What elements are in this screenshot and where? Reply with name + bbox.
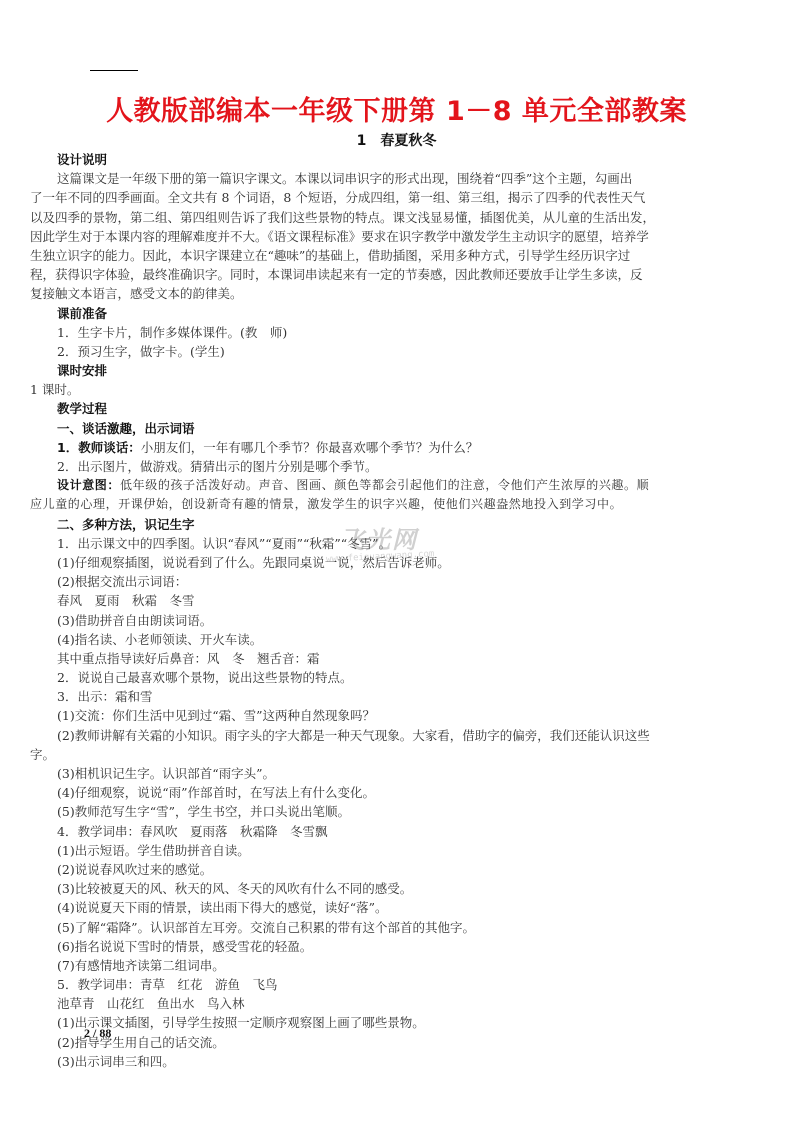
page-number: 2 / 88 (84, 1026, 111, 1041)
process-part2-line: (2)根据交流出示词语： (30, 572, 770, 591)
process-part2-line: (2)说说春风吹过来的感觉。 (30, 860, 770, 879)
process-part2-line: (4)仔细观察，说说“雨”作部首时，在写法上有什么变化。 (30, 783, 770, 802)
process-part2-line: (1)出示课文插图，引导学生按照一定顺序观察图上画了哪些景物。 (30, 1013, 770, 1032)
section-heading-design-note: 设计说明 (30, 150, 770, 169)
design-intent-label: 设计意图： (57, 478, 120, 492)
item1-text: 小朋友们，一年有哪几个季节？你最喜欢哪个季节？为什么？ (141, 440, 479, 455)
preparation-item: 1．生字卡片，制作多媒体课件。(教 师) (30, 323, 770, 342)
process-part2-line: (3)借助拼音自由朗读词语。 (30, 611, 770, 630)
process-part2-line: (2)教师讲解有关霜的小知识。雨字头的字大都是一种天气现象。大家看，借助字的偏旁… (30, 726, 770, 745)
design-note-line: 程，获得识字体验，最终准确识字。同时，本课词串读起来有一定的节奏感，因此教师还要… (30, 265, 770, 284)
process-part2-line: (3)出示词串三和四。 (30, 1052, 770, 1071)
design-intent: 设计意图：低年级的孩子活泼好动。声音、图画、颜色等都会引起他们的注意，令他们产生… (30, 476, 770, 495)
process-part2-line: (4)说说夏天下雨的情景，读出雨下得大的感觉，读好“落”。 (30, 898, 770, 917)
schedule-text: 1 课时。 (30, 380, 770, 399)
process-part2-line: 4．教学词串：春风吹 夏雨落 秋霜降 冬雪飘 (30, 822, 770, 841)
process-part2-line: (6)指名说说下雪时的情景，感受雪花的轻盈。 (30, 937, 770, 956)
design-intent-line2: 应儿童的心理，开课伊始，创设新奇有趣的情景，激发学生的识字兴趣，使他们兴趣盎然地… (30, 495, 770, 514)
design-note-line: 这篇课文是一年级下册的第一篇识字课文。本课以词串识字的形式出现，围绕着“四季”这… (30, 169, 770, 188)
process-part1-item2: 2．出示图片，做游戏。猜猜出示的图片分别是哪个季节。 (30, 457, 770, 476)
design-note-line: 因此学生对于本课内容的理解难度并不大。《语文课程标准》要求在识字教学中激发学生主… (30, 227, 770, 246)
process-part2-line: (4)指名读、小老师领读、开火车读。 (30, 630, 770, 649)
process-part2-line: 其中重点指导读好后鼻音：风 冬 翘舌音：霜 (30, 649, 770, 668)
design-note-line: 以及四季的景物，第二组、第四组则告诉了我们这些景物的特点。课文浅显易懂，插图优美… (30, 208, 770, 227)
process-part2-line: 2．说说自己最喜欢哪个景物，说出这些景物的特点。 (30, 668, 770, 687)
process-part2-line: (1)出示短语。学生借助拼音自读。 (30, 841, 770, 860)
process-part2-line: (3)相机识记生字。认识部首“雨字头”。 (30, 764, 770, 783)
document-title: 人教版部编本一年级下册第 1－8 单元全部教案 (0, 94, 793, 130)
process-part2-heading: 二、多种方法，识记生字 (30, 515, 770, 534)
process-part2-line: (7)有感情地齐读第二组词串。 (30, 956, 770, 975)
item1-label: 1．教师谈话： (57, 440, 141, 455)
process-part2-line: (1)交流：你们生活中见到过“霜、雪”这两种自然现象吗？ (30, 706, 770, 725)
process-part2-line: 池草青 山花红 鱼出水 鸟入林 (30, 994, 770, 1013)
process-part2-line: (1)仔细观察插图，说说看到了什么。先跟同桌说一说，然后告诉老师。 (30, 553, 770, 572)
process-part1-item1: 1．教师谈话：小朋友们，一年有哪几个季节？你最喜欢哪个季节？为什么？ (30, 438, 770, 457)
process-part2-line: 3．出示：霜和雪 (30, 687, 770, 706)
lesson-title: 1 春夏秋冬 (0, 131, 793, 151)
process-part2-line: 5．教学词串：青草 红花 游鱼 飞鸟 (30, 975, 770, 994)
process-part2-line: (3)比较被夏天的风、秋天的风、冬天的风吹有什么不同的感受。 (30, 879, 770, 898)
section-heading-preparation: 课前准备 (30, 304, 770, 323)
design-note-line: 复接触文本语言，感受文本的韵律美。 (30, 284, 770, 303)
design-intent-line1: 低年级的孩子活泼好动。声音、图画、颜色等都会引起他们的注意，令他们产生浓厚的兴趣… (120, 478, 649, 492)
design-note-line: 生独立识字的能力。因此，本识字课建立在“趣味”的基础上，借助插图，采用多种方式，… (30, 246, 770, 265)
process-part2-line: 春风 夏雨 秋霜 冬雪 (30, 591, 770, 610)
section-heading-schedule: 课时安排 (30, 361, 770, 380)
document-body: 设计说明 这篇课文是一年级下册的第一篇识字课文。本课以词串识字的形式出现，围绕着… (30, 150, 770, 1071)
process-part2-line: 字。 (30, 745, 770, 764)
process-part1-heading: 一、谈话激趣，出示词语 (30, 419, 770, 438)
process-part2-line: 1．出示课文中的四季图。认识“春风”“夏雨”“秋霜”“冬雪”。 (30, 534, 770, 553)
process-part2-line: (5)了解“霜降”。认识部首左耳旁。交流自己积累的带有这个部首的其他字。 (30, 918, 770, 937)
design-note-line: 了一年不同的四季画面。全文共有 8 个词语，8 个短语，分成四组，第一组、第三组… (30, 188, 770, 207)
process-part2-line: (2)指导学生用自己的话交流。 (30, 1033, 770, 1052)
process-part2-line: (5)教师范写生字“雪”，学生书空，并口头说出笔顺。 (30, 802, 770, 821)
preparation-item: 2．预习生字，做字卡。(学生) (30, 342, 770, 361)
header-rule (90, 70, 138, 71)
section-heading-process: 教学过程 (30, 399, 770, 418)
